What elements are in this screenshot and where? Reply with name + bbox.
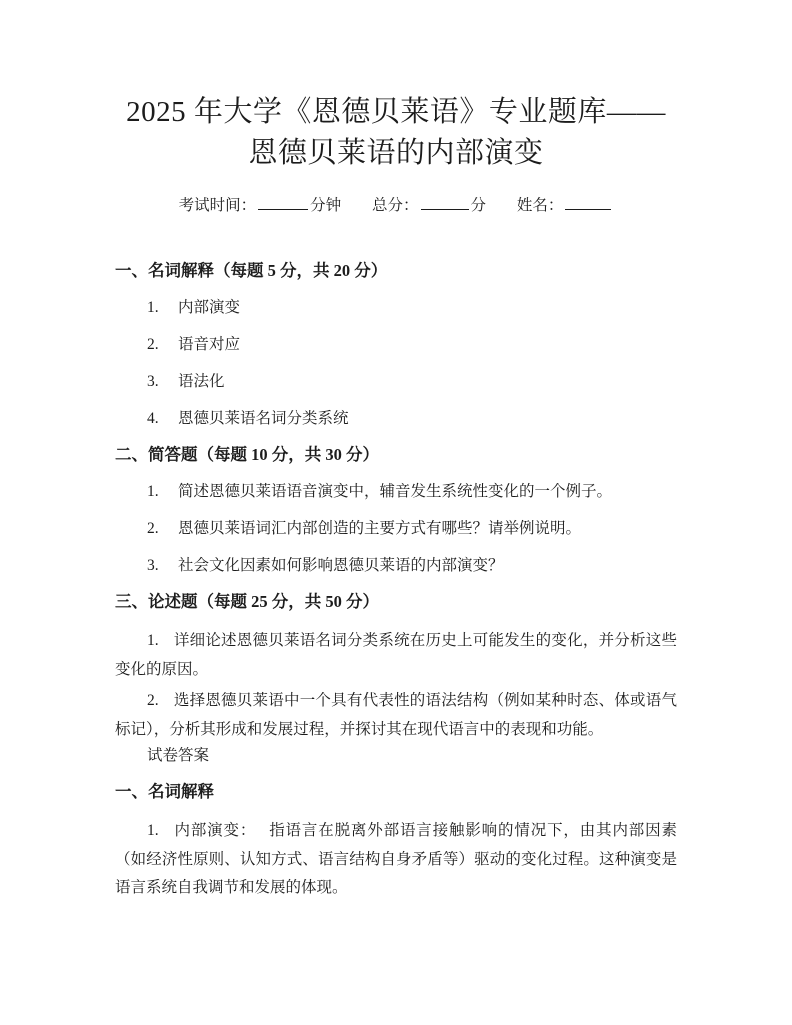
question-text: 语法化 [178, 373, 225, 390]
question-text: 社会文化因素如何影响恩德贝莱语的内部演变？ [178, 557, 504, 574]
name-label: 姓名： [517, 197, 564, 214]
question-number: 1. [147, 632, 159, 649]
section-1-question-1: 1.内部演变 [115, 297, 677, 319]
section-3-heading: 三、论述题（每题 25 分，共 50 分） [115, 591, 677, 613]
question-number: 2. [147, 518, 178, 540]
name-blank-field [565, 196, 611, 210]
question-text: 内部演变 [178, 299, 240, 316]
question-number: 2. [147, 334, 178, 356]
exam-time-suffix: 分钟 [310, 197, 341, 214]
section-2-heading: 二、简答题（每题 10 分，共 30 分） [115, 444, 677, 466]
total-score-suffix: 分 [471, 197, 487, 214]
question-number: 3. [147, 555, 178, 577]
total-score-blank-field [421, 196, 469, 210]
answers-label: 试卷答案 [115, 745, 677, 767]
exam-time-group: 考试时间：分钟 [179, 197, 342, 214]
question-number: 2. [147, 692, 159, 709]
section-1-question-2: 2.语音对应 [115, 334, 677, 356]
question-number: 1. [147, 297, 178, 319]
exam-time-label: 考试时间： [179, 197, 257, 214]
total-score-group: 总分：分 [372, 197, 486, 214]
question-text: 语音对应 [178, 336, 240, 353]
exam-document-page: 2025 年大学《恩德贝莱语》专业题库—— 恩德贝莱语的内部演变 考试时间：分钟… [0, 0, 792, 1025]
question-number: 3. [147, 371, 178, 393]
document-title-line-1: 2025 年大学《恩德贝莱语》专业题库—— [115, 92, 677, 133]
section-1-question-3: 3.语法化 [115, 371, 677, 393]
document-title-line-2: 恩德贝莱语的内部演变 [115, 133, 677, 174]
question-text: 简述恩德贝莱语语音演变中，辅音发生系统性变化的一个例子。 [178, 483, 612, 500]
document-title: 2025 年大学《恩德贝莱语》专业题库—— 恩德贝莱语的内部演变 [115, 92, 677, 174]
question-text: 选择恩德贝莱语中一个具有代表性的语法结构（例如某种时态、体或语气标记），分析其形… [115, 692, 677, 738]
section-1-heading: 一、名词解释（每题 5 分，共 20 分） [115, 260, 677, 282]
exam-meta-line: 考试时间：分钟 总分：分 姓名： [115, 195, 677, 216]
section-2-question-2: 2.恩德贝莱语词汇内部创造的主要方式有哪些？请举例说明。 [115, 518, 677, 540]
exam-time-blank-field [258, 196, 308, 210]
question-text: 恩德贝莱语词汇内部创造的主要方式有哪些？请举例说明。 [178, 520, 581, 537]
total-score-label: 总分： [372, 197, 419, 214]
section-2-question-3: 3.社会文化因素如何影响恩德贝莱语的内部演变？ [115, 555, 677, 577]
section-1-question-4: 4.恩德贝莱语名词分类系统 [115, 408, 677, 430]
question-text: 恩德贝莱语名词分类系统 [178, 410, 349, 427]
answer-number: 1. [147, 822, 159, 839]
question-number: 1. [147, 481, 178, 503]
answer-1: 1.内部演变：指语言在脱离外部语言接触影响的情况下，由其内部因素（如经济性原则、… [115, 817, 677, 903]
name-group: 姓名： [517, 197, 614, 214]
section-3-question-2: 2.选择恩德贝莱语中一个具有代表性的语法结构（例如某种时态、体或语气标记），分析… [115, 687, 677, 744]
answers-section-1-heading: 一、名词解释 [115, 781, 677, 803]
question-text: 详细论述恩德贝莱语名词分类系统在历史上可能发生的变化，并分析这些变化的原因。 [115, 632, 677, 678]
section-2-question-1: 1.简述恩德贝莱语语音演变中，辅音发生系统性变化的一个例子。 [115, 481, 677, 503]
section-3-question-1: 1.详细论述恩德贝莱语名词分类系统在历史上可能发生的变化，并分析这些变化的原因。 [115, 627, 677, 684]
question-number: 4. [147, 408, 178, 430]
answer-term: 内部演变： [174, 822, 257, 839]
